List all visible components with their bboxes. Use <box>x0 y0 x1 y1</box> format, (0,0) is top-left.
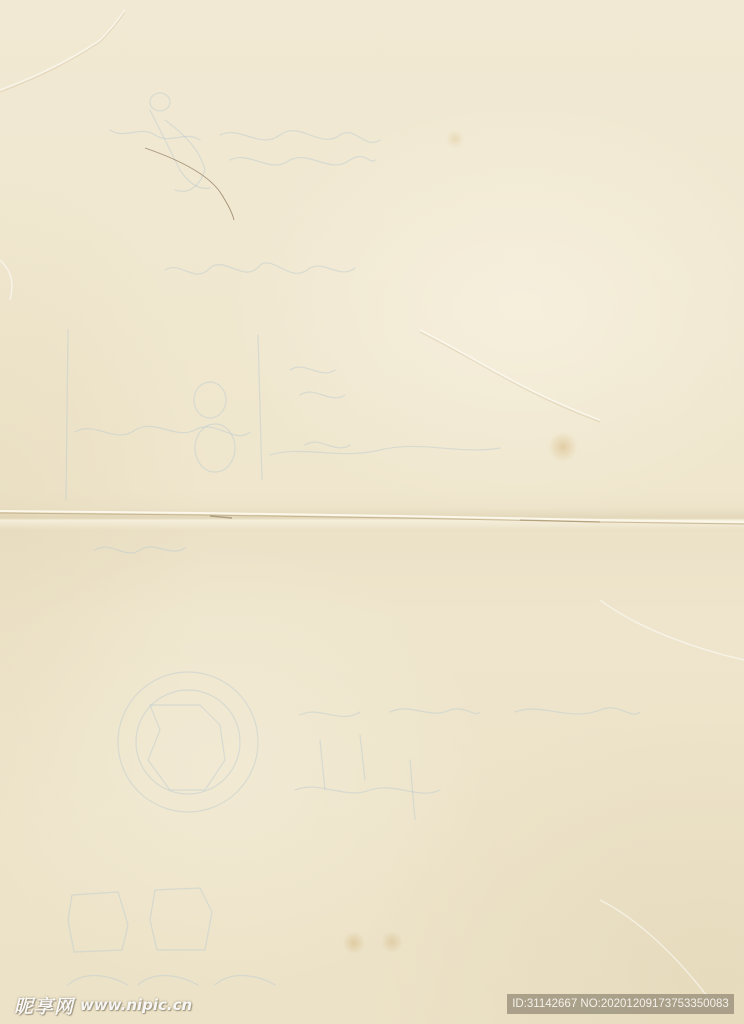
image-id-label: ID:31142667 NO:20201209173753350083 <box>507 994 734 1014</box>
site-watermark: 昵享网 www.nipic.cn <box>14 990 192 1020</box>
hair-strand <box>145 148 234 220</box>
stain <box>381 931 403 953</box>
watermark-logo: 昵享网 <box>14 992 74 1019</box>
watermark-url: www.nipic.cn <box>80 996 192 1014</box>
paper-texture: 昵享网 www.nipic.cn ID:31142667 NO:20201209… <box>0 0 744 1024</box>
fold-line <box>0 508 744 530</box>
stain <box>342 932 366 954</box>
stain <box>446 130 464 148</box>
stain <box>548 432 578 462</box>
